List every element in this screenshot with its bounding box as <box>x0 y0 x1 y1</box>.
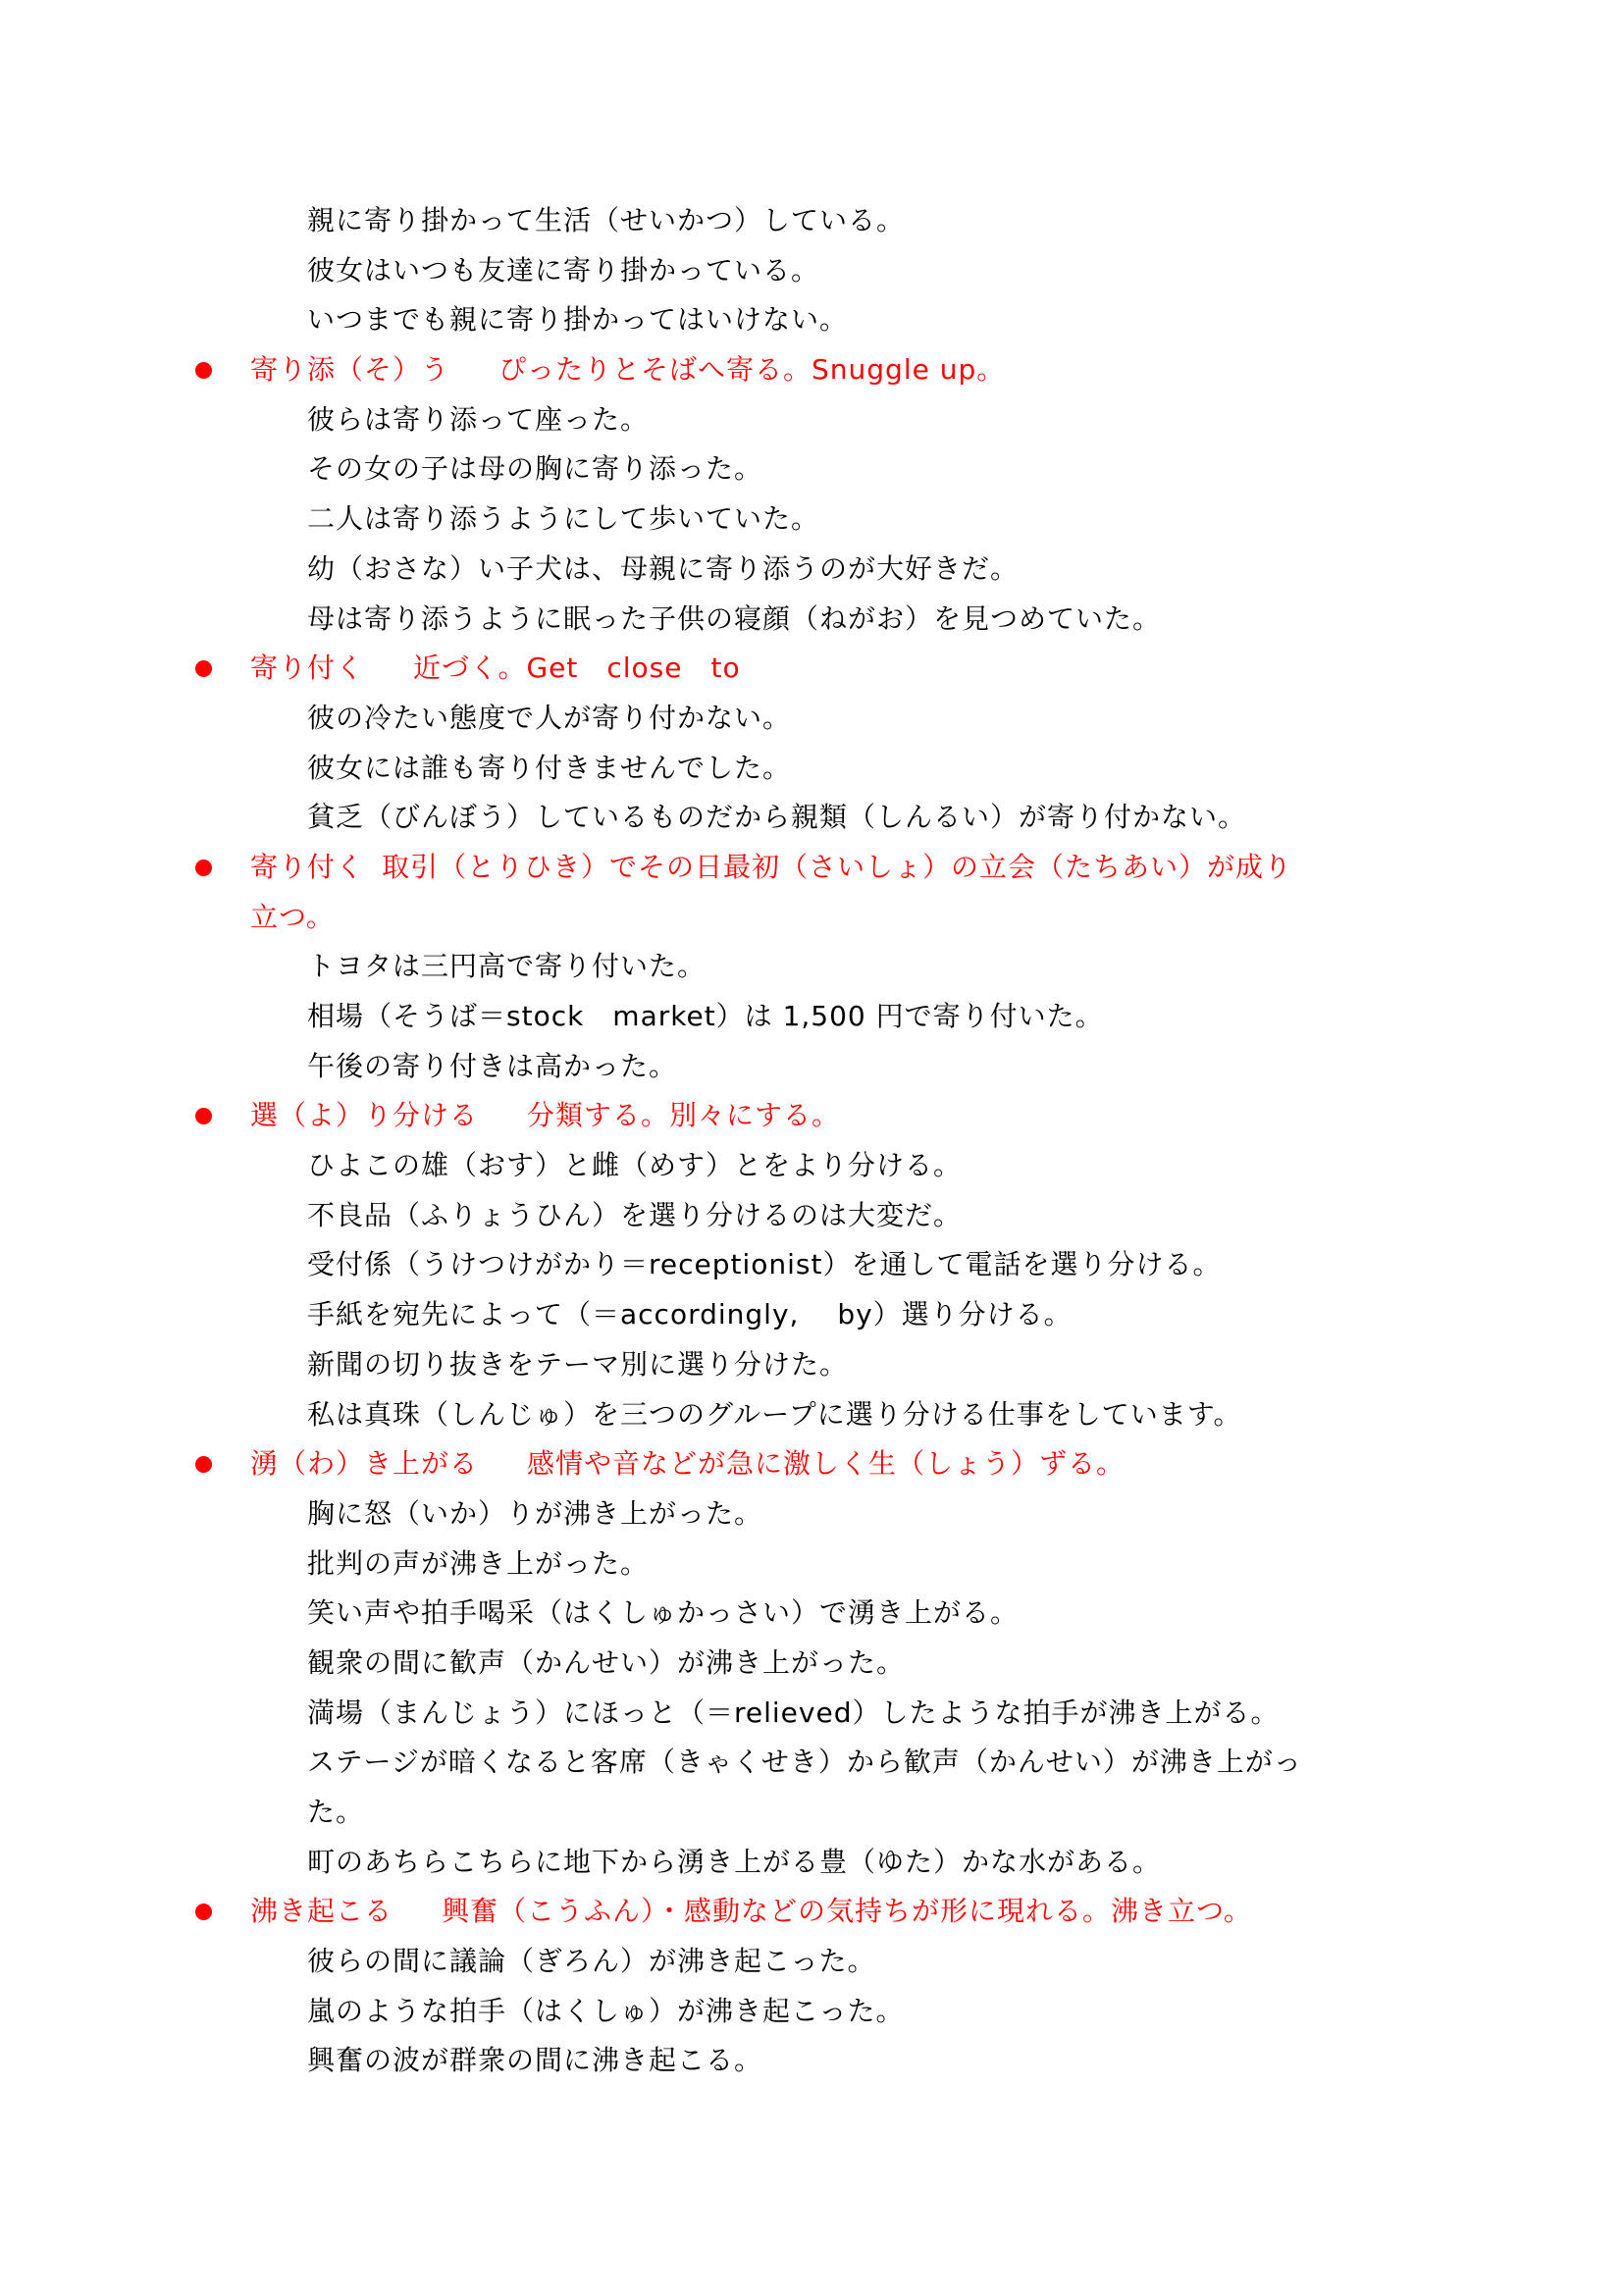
vocab-term: 選（よ）り分ける <box>250 1099 478 1131</box>
example-sentence: 相場（そうば＝stock market）は 1,500 円で寄り付いた。 <box>0 992 1624 1042</box>
vocab-term: 寄り添（そ）う <box>250 353 449 386</box>
example-sentence: 満場（まんじょう）にほっと（＝relieved）したような拍手が沸き上がる。 <box>0 1689 1624 1739</box>
vocab-heading: 湧（わ）き上がる感情や音などが急に激しく生（しょう）ずる。 <box>0 1439 1624 1489</box>
example-sentence: 貧乏（びんぼう）しているものだから親類（しんるい）が寄り付かない。 <box>0 793 1624 843</box>
vocab-definition-continued: 立つ。 <box>0 893 1624 943</box>
example-sentence-continued: た。 <box>0 1788 1624 1838</box>
bullet-icon <box>195 860 212 876</box>
example-sentence: 彼らの間に議論（ぎろん）が沸き起こった。 <box>0 1937 1624 1987</box>
example-sentence: トヨタは三円高で寄り付いた。 <box>0 942 1624 992</box>
vocab-definition: 近づく。Get close to <box>413 652 741 684</box>
example-sentence: 彼女には誰も寄り付きませんでした。 <box>0 744 1624 794</box>
vocab-definition: 興奮（こうふん）・感動などの気持ちが形に現れる。沸き立つ。 <box>442 1895 1252 1927</box>
vocab-heading: 寄り添（そ）うぴったりとそばへ寄る。Snuggle up。 <box>0 345 1624 395</box>
example-sentence: ステージが暗くなると客席（きゃくせき）から歓声（かんせい）が沸き上がっ <box>0 1738 1624 1788</box>
example-sentence: いつまでも親に寄り掛かってはいけない。 <box>0 295 1624 345</box>
example-sentence: 町のあちらこちらに地下から湧き上がる豊（ゆた）かな水がある。 <box>0 1838 1624 1888</box>
vocab-heading: 寄り付く取引（とりひき）でその日最初（さいしょ）の立会（たちあい）が成り <box>0 843 1624 893</box>
vocab-term: 沸き起こる <box>250 1895 393 1927</box>
example-sentence: 親に寄り掛かって生活（せいかつ）している。 <box>0 196 1624 246</box>
example-sentence: 観衆の間に歓声（かんせい）が沸き上がった。 <box>0 1639 1624 1689</box>
bullet-icon <box>195 1456 212 1473</box>
example-sentence: 手紙を宛先によって（＝accordingly, by）選り分ける。 <box>0 1290 1624 1340</box>
example-sentence: 私は真珠（しんじゅ）を三つのグループに選り分ける仕事をしています。 <box>0 1390 1624 1440</box>
example-sentence: 母は寄り添うように眠った子供の寝顔（ねがお）を見つめていた。 <box>0 595 1624 645</box>
example-sentence: 胸に怒（いか）りが沸き上がった。 <box>0 1489 1624 1539</box>
example-sentence: 笑い声や拍手喝采（はくしゅかっさい）で湧き上がる。 <box>0 1589 1624 1639</box>
vocab-definition: 取引（とりひき）でその日最初（さいしょ）の立会（たちあい）が成り <box>382 851 1292 883</box>
vocab-definition: 分類する。別々にする。 <box>527 1099 840 1131</box>
example-sentence: 批判の声が沸き上がった。 <box>0 1539 1624 1590</box>
vocab-term: 湧（わ）き上がる <box>250 1447 478 1480</box>
bullet-icon <box>195 1108 212 1124</box>
example-sentence: 新聞の切り抜きをテーマ別に選り分けた。 <box>0 1340 1624 1390</box>
example-sentence: 午後の寄り付きは高かった。 <box>0 1042 1624 1092</box>
bullet-icon <box>195 660 212 677</box>
example-sentence: 興奮の波が群衆の間に沸き起こる。 <box>0 2036 1624 2086</box>
example-sentence: 不良品（ふりょうひん）を選り分けるのは大変だ。 <box>0 1191 1624 1241</box>
vocab-term: 寄り付く <box>250 851 364 883</box>
vocab-heading: 沸き起こる興奮（こうふん）・感動などの気持ちが形に現れる。沸き立つ。 <box>0 1887 1624 1937</box>
example-sentence: 二人は寄り添うようにして歩いていた。 <box>0 495 1624 545</box>
vocab-heading: 選（よ）り分ける分類する。別々にする。 <box>0 1091 1624 1141</box>
example-sentence: ひよこの雄（おす）と雌（めす）とをより分ける。 <box>0 1141 1624 1191</box>
example-sentence: その女の子は母の胸に寄り添った。 <box>0 444 1624 495</box>
example-sentence: 嵐のような拍手（はくしゅ）が沸き起こった。 <box>0 1987 1624 2037</box>
example-sentence: 受付係（うけつけがかり＝receptionist）を通して電話を選り分ける。 <box>0 1240 1624 1290</box>
example-sentence: 彼女はいつも友達に寄り掛かっている。 <box>0 246 1624 296</box>
vocab-definition: 感情や音などが急に激しく生（しょう）ずる。 <box>527 1447 1125 1480</box>
vocab-definition: ぴったりとそばへ寄る。Snuggle up。 <box>498 353 1005 386</box>
vocab-term: 寄り付く <box>250 652 364 684</box>
bullet-icon <box>195 1904 212 1920</box>
bullet-icon <box>195 362 212 379</box>
example-sentence: 彼らは寄り添って座った。 <box>0 395 1624 445</box>
vocab-heading: 寄り付く近づく。Get close to <box>0 644 1624 694</box>
document-page: 親に寄り掛かって生活（せいかつ）している。 彼女はいつも友達に寄り掛かっている。… <box>0 196 1624 2086</box>
example-sentence: 彼の冷たい態度で人が寄り付かない。 <box>0 694 1624 744</box>
example-sentence: 幼（おさな）い子犬は、母親に寄り添うのが大好きだ。 <box>0 545 1624 595</box>
